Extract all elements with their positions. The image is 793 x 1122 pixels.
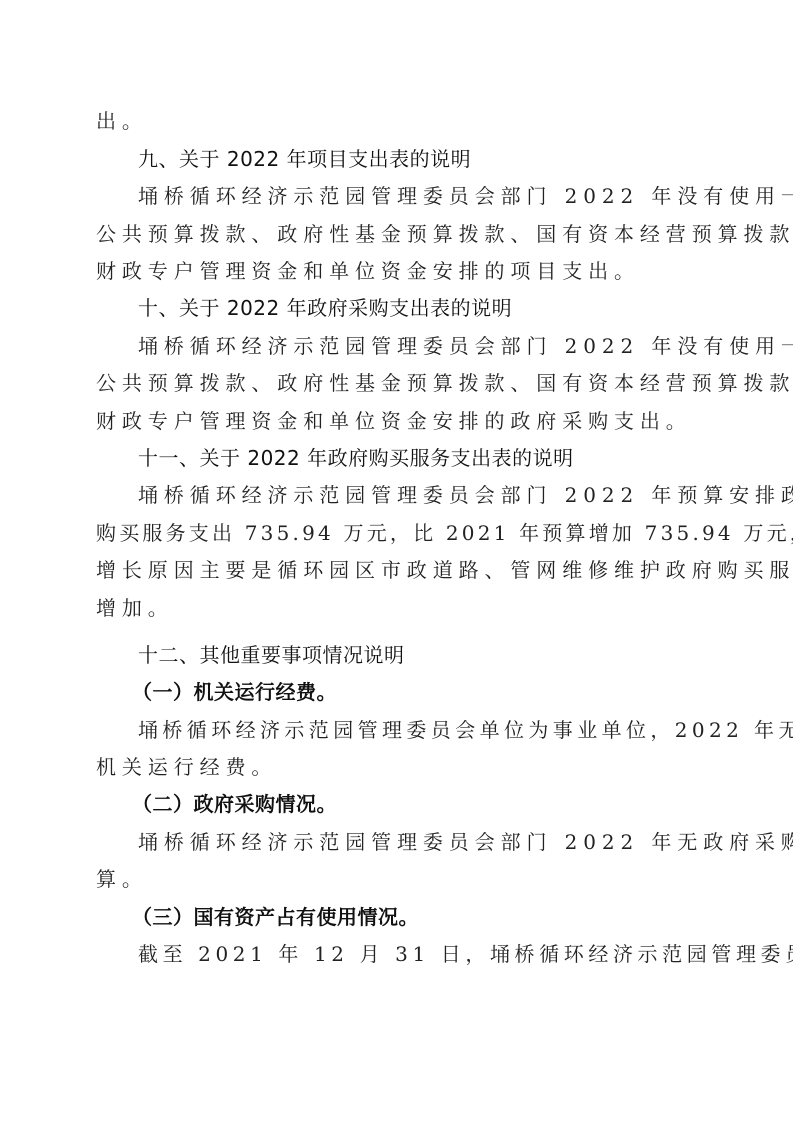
section-heading-9: 九、关于 2022 年项目支出表的说明 bbox=[138, 145, 692, 173]
section-heading-10: 十、关于 2022 年政府采购支出表的说明 bbox=[138, 294, 692, 322]
paragraph-line: 埇桥循环经济示范园管理委员会部门 2022 年无政府采购预 bbox=[138, 828, 692, 856]
paragraph-line: 算。 bbox=[96, 865, 692, 893]
paragraph-line: 埇桥循环经济示范园管理委员会部门 2022 年预算安排政府 bbox=[138, 481, 692, 509]
paragraph-line: 埇桥循环经济示范园管理委员会部门 2022 年没有使用一般 bbox=[138, 182, 692, 210]
paragraph-line: 机关运行经费。 bbox=[96, 753, 692, 781]
paragraph-line: 埇桥循环经济示范园管理委员会单位为事业单位，2022 年无 bbox=[138, 716, 692, 744]
subsection-heading-1: （一）机关运行经费。 bbox=[132, 678, 728, 706]
paragraph-line: 增长原因主要是循环园区市政道路、管网维修维护政府购买服务 bbox=[96, 556, 692, 584]
paragraph-line: 财政专户管理资金和单位资金安排的政府采购支出。 bbox=[96, 407, 692, 435]
paragraph-line: 公共预算拨款、政府性基金预算拨款、国有资本经营预算拨款、 bbox=[96, 220, 692, 248]
section-heading-11: 十一、关于 2022 年政府购买服务支出表的说明 bbox=[138, 444, 692, 472]
paragraph-line: 公共预算拨款、政府性基金预算拨款、国有资本经营预算拨款、 bbox=[96, 369, 692, 397]
section-heading-12: 十二、其他重要事项情况说明 bbox=[138, 641, 692, 669]
subsection-heading-3: （三）国有资产占有使用情况。 bbox=[132, 903, 728, 931]
paragraph-line: 财政专户管理资金和单位资金安排的项目支出。 bbox=[96, 257, 692, 285]
paragraph-line: 增加。 bbox=[96, 594, 692, 622]
paragraph-continuation: 出。 bbox=[96, 107, 692, 135]
subsection-heading-2: （二）政府采购情况。 bbox=[132, 790, 728, 818]
paragraph-line: 埇桥循环经济示范园管理委员会部门 2022 年没有使用一般 bbox=[138, 332, 692, 360]
paragraph-line: 购买服务支出 735.94 万元，比 2021 年预算增加 735.94 万元， bbox=[96, 519, 692, 547]
paragraph-line: 截至 2021 年 12 月 31 日，埇桥循环经济示范园管理委员会 bbox=[138, 940, 692, 968]
